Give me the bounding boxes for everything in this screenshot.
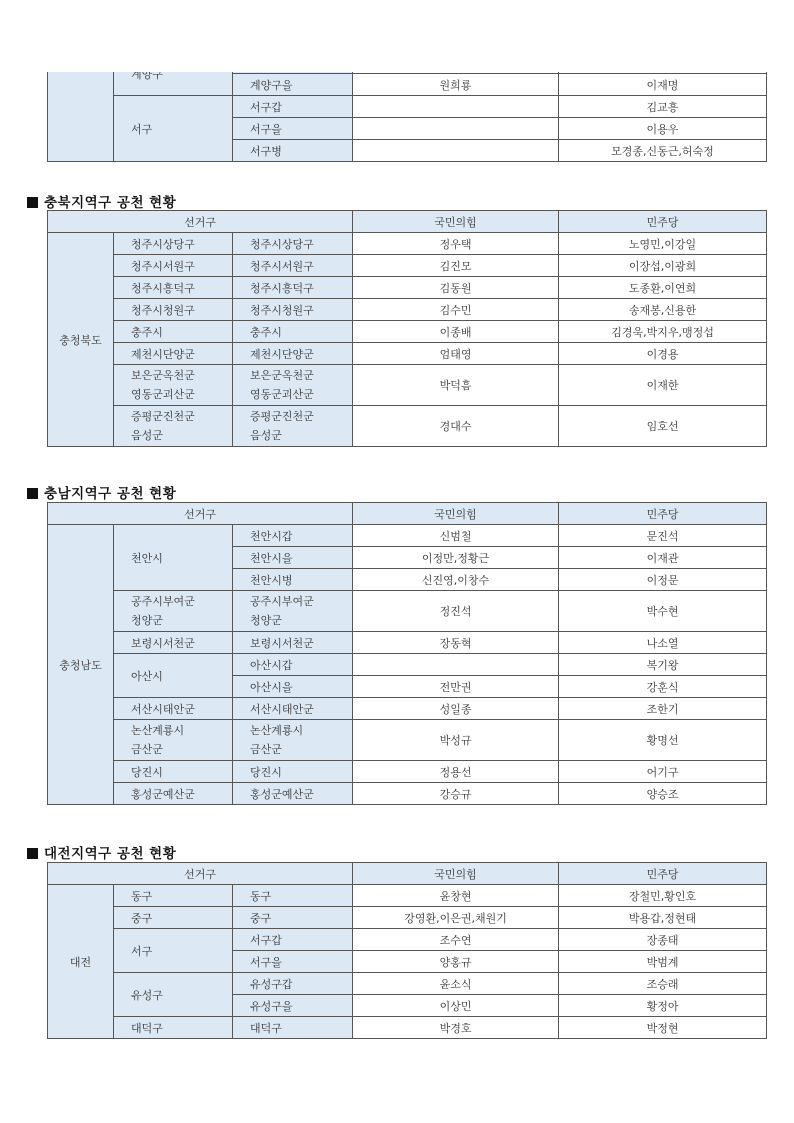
area-cell: 서구: [114, 96, 233, 162]
table-row: 공주시부여군청양군 공주시부여군청양군 정진석 박수현: [48, 591, 767, 632]
ppp-cell: 장동혁: [353, 632, 559, 654]
district-cell: 논산계룡시금산군: [233, 720, 353, 761]
table-row: 논산계룡시금산군 논산계룡시금산군 박성규 황명선: [48, 720, 767, 761]
district-cell: 동구: [233, 885, 353, 907]
area-cell: 중구: [114, 907, 233, 929]
header-row: 선거구 국민의힘 민주당: [48, 211, 767, 233]
district-cell: 서구을: [233, 951, 353, 973]
table-row: 서구 서구갑 조수연 장종태: [48, 929, 767, 951]
ppp-cell: [353, 96, 559, 118]
table-row: 중구 중구 강영환,이은권,채원기 박용갑,정현태: [48, 907, 767, 929]
ppp-cell: 강영환,이은권,채원기: [353, 907, 559, 929]
header-district: 선거구: [48, 503, 353, 525]
header-dem: 민주당: [559, 503, 767, 525]
district-cell: 청주시상당구: [233, 233, 353, 255]
district-cell: 당진시: [233, 761, 353, 783]
section-title-text: 대전지역구 공천 현황: [44, 846, 176, 862]
province-cell: 충청북도: [48, 233, 114, 447]
area-cell: 계양구: [114, 72, 233, 96]
district-line-2: 금산군: [250, 740, 352, 759]
dem-cell: 임호선: [559, 406, 767, 447]
district-cell: 청주시청원구: [233, 299, 353, 321]
table-row: 제천시단양군 제천시단양군 엄태영 이경용: [48, 343, 767, 365]
ppp-cell: 박성규: [353, 720, 559, 761]
dem-cell: 모경종,신동근,허숙정: [559, 140, 767, 162]
header-dem: 민주당: [559, 211, 767, 233]
table-row: 증평군진천군음성군 증평군진천군음성군 경대수 임호선: [48, 406, 767, 447]
ppp-cell: 엄태영: [353, 343, 559, 365]
district-cell: 천안시갑: [233, 525, 353, 547]
dem-cell: 이정문: [559, 569, 767, 591]
table-row: 서산시태안군 서산시태안군 성일종 조한기: [48, 698, 767, 720]
section-title-chungnam: 충남지역구 공천 현황: [27, 482, 176, 502]
ppp-cell: [353, 118, 559, 140]
area-cell: 제천시단양군: [114, 343, 233, 365]
district-line-2: 청양군: [250, 611, 352, 630]
dem-cell: 황명선: [559, 720, 767, 761]
area-cell: 청주시서원구: [114, 255, 233, 277]
ppp-cell: 조수연: [353, 929, 559, 951]
district-line-1: 보은군옥천군: [250, 366, 352, 385]
incheon-table-fragment: 계양구 계양구을 원희룡 이재명 서구 서구갑 김교흥 서구을 이용우 서구병 …: [47, 72, 767, 162]
table-row: 대전 동구 동구 윤창현 장철민,황인호: [48, 885, 767, 907]
dem-cell: 양승조: [559, 783, 767, 805]
area-cell: 서산시태안군: [114, 698, 233, 720]
area-cell: 천안시: [114, 525, 233, 591]
table-row: 유성구 유성구갑 윤소식 조승래: [48, 973, 767, 995]
district-cell: 천안시을: [233, 547, 353, 569]
ppp-cell: [353, 140, 559, 162]
district-cell: 계양구을: [233, 74, 353, 96]
ppp-cell: 이상민: [353, 995, 559, 1017]
square-bullet-icon: [27, 197, 38, 208]
square-bullet-icon: [27, 488, 38, 499]
area-line-2: 금산군: [131, 740, 232, 759]
area-cell: 서구: [114, 929, 233, 973]
district-cell: 대덕구: [233, 1017, 353, 1039]
dem-cell: 나소열: [559, 632, 767, 654]
area-cell: 공주시부여군청양군: [114, 591, 233, 632]
table-row: 청주시청원구 청주시청원구 김수민 송재봉,신용한: [48, 299, 767, 321]
header-ppp: 국민의힘: [353, 863, 559, 885]
top-fragment-clip: 계양구 계양구을 원희룡 이재명 서구 서구갑 김교흥 서구을 이용우 서구병 …: [0, 72, 794, 167]
district-line-2: 음성군: [250, 426, 352, 445]
header-district: 선거구: [48, 211, 353, 233]
table-row: 홍성군예산군 홍성군예산군 강승규 양승조: [48, 783, 767, 805]
dem-cell: 황정아: [559, 995, 767, 1017]
daejeon-table: 선거구 국민의힘 민주당 대전 동구 동구 윤창현 장철민,황인호 중구 중구 …: [47, 862, 767, 1039]
dem-cell: 장종태: [559, 929, 767, 951]
table-row: 충청북도 청주시상당구 청주시상당구 정우택 노영민,이강일: [48, 233, 767, 255]
table-row: 서구 서구갑 김교흥: [48, 96, 767, 118]
header-ppp: 국민의힘: [353, 503, 559, 525]
chungnam-table: 선거구 국민의힘 민주당 충청남도 천안시 천안시갑 신범철 문진석 천안시을 …: [47, 502, 767, 805]
chungbuk-table: 선거구 국민의힘 민주당 충청북도 청주시상당구 청주시상당구 정우택 노영민,…: [47, 210, 767, 447]
district-cell: 충주시: [233, 321, 353, 343]
dem-cell: 이용우: [559, 118, 767, 140]
area-line-1: 논산계룡시: [131, 721, 232, 740]
area-cell: 충주시: [114, 321, 233, 343]
district-cell: 증평군진천군음성군: [233, 406, 353, 447]
table-row: 대덕구 대덕구 박경호 박정현: [48, 1017, 767, 1039]
dem-cell: 박용갑,정현태: [559, 907, 767, 929]
ppp-cell: 양홍규: [353, 951, 559, 973]
district-cell: 홍성군예산군: [233, 783, 353, 805]
area-cell: 아산시: [114, 654, 233, 698]
district-cell: 중구: [233, 907, 353, 929]
area-cell: 대덕구: [114, 1017, 233, 1039]
area-line-2: 영동군괴산군: [131, 385, 232, 404]
header-row: 선거구 국민의힘 민주당: [48, 863, 767, 885]
district-cell: 유성구을: [233, 995, 353, 1017]
area-cell: 유성구: [114, 973, 233, 1017]
dem-cell: 어기구: [559, 761, 767, 783]
ppp-cell: 정우택: [353, 233, 559, 255]
district-cell: 청주시서원구: [233, 255, 353, 277]
area-cell: 청주시청원구: [114, 299, 233, 321]
province-cell: [48, 72, 114, 162]
district-cell: 천안시병: [233, 569, 353, 591]
dem-cell: 이재한: [559, 365, 767, 406]
district-cell: 보은군옥천군영동군괴산군: [233, 365, 353, 406]
dem-cell: 조한기: [559, 698, 767, 720]
district-line-1: 공주시부여군: [250, 592, 352, 611]
section-title-daejeon: 대전지역구 공천 현황: [27, 842, 176, 862]
table-row: 청주시서원구 청주시서원구 김진모 이장섭,이광희: [48, 255, 767, 277]
dem-cell: 조승래: [559, 973, 767, 995]
district-cell: 청주시흥덕구: [233, 277, 353, 299]
dem-cell: 이경용: [559, 343, 767, 365]
area-cell: 증평군진천군음성군: [114, 406, 233, 447]
section-title-text: 충북지역구 공천 현황: [44, 195, 176, 211]
header-district: 선거구: [48, 863, 353, 885]
table-row: 보은군옥천군영동군괴산군 보은군옥천군영동군괴산군 박덕흠 이재한: [48, 365, 767, 406]
area-line-1: 공주시부여군: [131, 592, 232, 611]
dem-cell: 박수현: [559, 591, 767, 632]
dem-cell: 이재관: [559, 547, 767, 569]
ppp-cell: 윤창현: [353, 885, 559, 907]
table-row: 아산시 아산시갑 복기왕: [48, 654, 767, 676]
ppp-cell: 박덕흠: [353, 365, 559, 406]
dem-cell: 노영민,이강일: [559, 233, 767, 255]
ppp-cell: 신범철: [353, 525, 559, 547]
table-row: 충주시 충주시 이종배 김경욱,박지우,맹정섭: [48, 321, 767, 343]
ppp-cell: 박경호: [353, 1017, 559, 1039]
district-cell: 아산시을: [233, 676, 353, 698]
square-bullet-icon: [27, 848, 38, 859]
table-row: 보령시서천군 보령시서천군 장동혁 나소열: [48, 632, 767, 654]
ppp-cell: 강승규: [353, 783, 559, 805]
district-line-1: 논산계룡시: [250, 721, 352, 740]
dem-cell: 문진석: [559, 525, 767, 547]
table-row: 청주시흥덕구 청주시흥덕구 김동원 도종환,이연희: [48, 277, 767, 299]
province-cell: 대전: [48, 885, 114, 1039]
ppp-cell: 이정만,정황근: [353, 547, 559, 569]
district-line-2: 영동군괴산군: [250, 385, 352, 404]
area-line-2: 청양군: [131, 611, 232, 630]
dem-cell: 복기왕: [559, 654, 767, 676]
dem-cell: 박정현: [559, 1017, 767, 1039]
ppp-cell: 이종배: [353, 321, 559, 343]
table-row: 당진시 당진시 정용선 어기구: [48, 761, 767, 783]
ppp-cell: 경대수: [353, 406, 559, 447]
district-cell: 서구갑: [233, 96, 353, 118]
ppp-cell: 정진석: [353, 591, 559, 632]
ppp-cell: [353, 654, 559, 676]
table-row: 충청남도 천안시 천안시갑 신범철 문진석: [48, 525, 767, 547]
ppp-cell: 성일종: [353, 698, 559, 720]
district-cell: 아산시갑: [233, 654, 353, 676]
district-line-1: 증평군진천군: [250, 407, 352, 426]
area-cell: 청주시흥덕구: [114, 277, 233, 299]
header-ppp: 국민의힘: [353, 211, 559, 233]
area-cell: 보령시서천군: [114, 632, 233, 654]
province-cell: 충청남도: [48, 525, 114, 805]
area-cell: 청주시상당구: [114, 233, 233, 255]
area-line-1: 증평군진천군: [131, 407, 232, 426]
dem-cell: 이장섭,이광희: [559, 255, 767, 277]
district-cell: 보령시서천군: [233, 632, 353, 654]
ppp-cell: 김수민: [353, 299, 559, 321]
dem-cell: 김경욱,박지우,맹정섭: [559, 321, 767, 343]
ppp-cell: 윤소식: [353, 973, 559, 995]
area-cell: 홍성군예산군: [114, 783, 233, 805]
area-line-2: 음성군: [131, 426, 232, 445]
district-cell: 서산시태안군: [233, 698, 353, 720]
area-cell: 당진시: [114, 761, 233, 783]
area-cell: 논산계룡시금산군: [114, 720, 233, 761]
dem-cell: 강훈식: [559, 676, 767, 698]
dem-cell: 김교흥: [559, 96, 767, 118]
ppp-cell: 김동원: [353, 277, 559, 299]
district-cell: 제천시단양군: [233, 343, 353, 365]
dem-cell: 박범계: [559, 951, 767, 973]
section-title-text: 충남지역구 공천 현황: [44, 486, 176, 502]
ppp-cell: 원희룡: [353, 74, 559, 96]
district-cell: 서구을: [233, 118, 353, 140]
area-cell: 보은군옥천군영동군괴산군: [114, 365, 233, 406]
dem-cell: 송재봉,신용한: [559, 299, 767, 321]
ppp-cell: 신진영,이창수: [353, 569, 559, 591]
district-cell: 유성구갑: [233, 973, 353, 995]
ppp-cell: 김진모: [353, 255, 559, 277]
ppp-cell: 정용선: [353, 761, 559, 783]
area-cell: 동구: [114, 885, 233, 907]
section-title-chungbuk: 충북지역구 공천 현황: [27, 191, 176, 211]
ppp-cell: 전만권: [353, 676, 559, 698]
dem-cell: 도종환,이연희: [559, 277, 767, 299]
header-dem: 민주당: [559, 863, 767, 885]
dem-cell: 장철민,황인호: [559, 885, 767, 907]
district-cell: 공주시부여군청양군: [233, 591, 353, 632]
dem-cell: 이재명: [559, 74, 767, 96]
district-cell: 서구갑: [233, 929, 353, 951]
area-line-1: 보은군옥천군: [131, 366, 232, 385]
district-cell: 서구병: [233, 140, 353, 162]
header-row: 선거구 국민의힘 민주당: [48, 503, 767, 525]
